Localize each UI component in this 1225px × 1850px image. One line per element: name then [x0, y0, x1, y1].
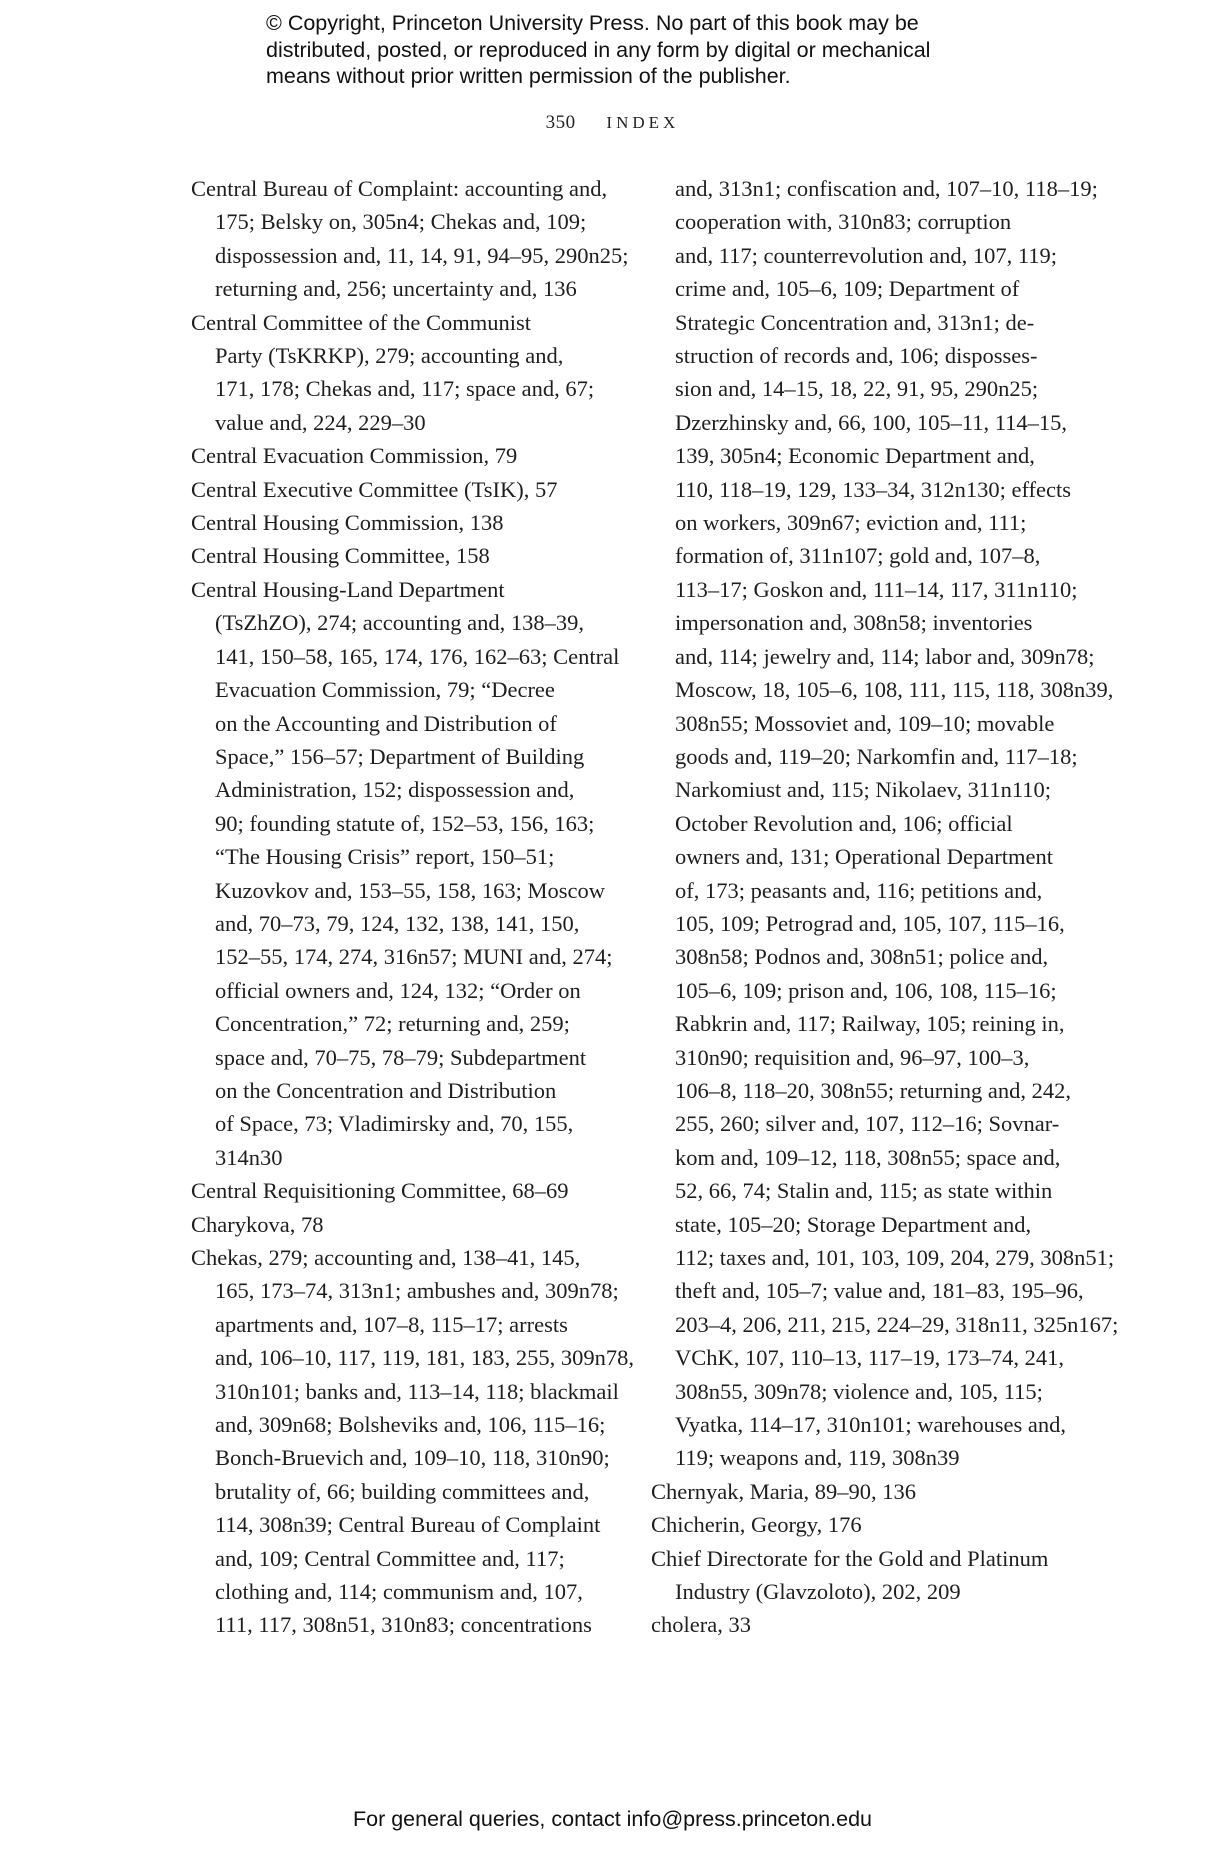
index-entry-subline: 165, 173–74, 313n1; ambushes and, 309n78…: [191, 1274, 611, 1307]
index-entry: Central Requisitioning Committee, 68–69: [191, 1174, 611, 1207]
index-entry: Central Committee of the CommunistParty …: [191, 306, 611, 440]
index-entry-subline: 308n58; Podnos and, 308n51; police and,: [651, 940, 1071, 973]
index-entry: Chief Directorate for the Gold and Plati…: [651, 1542, 1071, 1609]
index-entry-heading-line: Central Housing-Land Department: [191, 573, 611, 606]
index-entry-subline: clothing and, 114; communism and, 107,: [191, 1575, 611, 1608]
index-entry: Central Housing Committee, 158: [191, 539, 611, 572]
index-entry-subline: and, 106–10, 117, 119, 181, 183, 255, 30…: [191, 1341, 611, 1374]
index-entry-subline: Narkomiust and, 115; Nikolaev, 311n110;: [651, 773, 1071, 806]
index-entry-subline: 105, 109; Petrograd and, 105, 107, 115–1…: [651, 907, 1071, 940]
index-entry-subline: brutality of, 66; building committees an…: [191, 1475, 611, 1508]
index-entry-subline: crime and, 105–6, 109; Department of: [651, 272, 1071, 305]
index-entry-subline: “The Housing Crisis” report, 150–51;: [191, 840, 611, 873]
page-number: 350: [546, 112, 576, 134]
index-entry: cholera, 33: [651, 1608, 1071, 1641]
index-entry-subline: Kuzovkov and, 153–55, 158, 163; Moscow: [191, 874, 611, 907]
index-entry-subline: 52, 66, 74; Stalin and, 115; as state wi…: [651, 1174, 1071, 1207]
index-entry-subline: Moscow, 18, 105–6, 108, 111, 115, 118, 3…: [651, 673, 1071, 706]
index-entry-subline: 203–4, 206, 211, 215, 224–29, 318n11, 32…: [651, 1308, 1071, 1341]
index-entry-subline: Bonch-Bruevich and, 109–10, 118, 310n90;: [191, 1441, 611, 1474]
index-entry: Chicherin, Georgy, 176: [651, 1508, 1071, 1541]
index-entry-subline: 105–6, 109; prison and, 106, 108, 115–16…: [651, 974, 1071, 1007]
index-entry-subline: Party (TsKRKP), 279; accounting and,: [191, 339, 611, 372]
index-entry-heading-line: Chicherin, Georgy, 176: [651, 1508, 1071, 1541]
index-entry-heading-line: Charykova, 78: [191, 1208, 611, 1241]
index-entry-subline: apartments and, 107–8, 115–17; arrests: [191, 1308, 611, 1341]
index-entry-subline: on the Accounting and Distribution of: [191, 707, 611, 740]
index-entry-heading-line: Chief Directorate for the Gold and Plati…: [651, 1542, 1071, 1575]
index-entry-subline: and, 70–73, 79, 124, 132, 138, 141, 150,: [191, 907, 611, 940]
index-entry-subline: on workers, 309n67; eviction and, 111;: [651, 506, 1071, 539]
index-entry-subline: Strategic Concentration and, 313n1; de-: [651, 306, 1071, 339]
index-entry-subline: theft and, 105–7; value and, 181–83, 195…: [651, 1274, 1071, 1307]
index-entry: Chernyak, Maria, 89–90, 136: [651, 1475, 1071, 1508]
index-entry-subline: Dzerzhinsky and, 66, 100, 105–11, 114–15…: [651, 406, 1071, 439]
index-entry-subline: 114, 308n39; Central Bureau of Complaint: [191, 1508, 611, 1541]
index-entry-subline: and, 313n1; confiscation and, 107–10, 11…: [651, 172, 1071, 205]
index-entry-subline: 255, 260; silver and, 107, 112–16; Sovna…: [651, 1107, 1071, 1140]
index-entry-subline: official owners and, 124, 132; “Order on: [191, 974, 611, 1007]
index-entry-subline: 113–17; Goskon and, 111–14, 117, 311n110…: [651, 573, 1071, 606]
index-entry: Central Bureau of Complaint: accounting …: [191, 172, 611, 306]
index-entry-subline: 171, 178; Chekas and, 117; space and, 67…: [191, 372, 611, 405]
index-entry-heading-line: Chernyak, Maria, 89–90, 136: [651, 1475, 1071, 1508]
index-entry-subline: value and, 224, 229–30: [191, 406, 611, 439]
index-entry-subline: 314n30: [191, 1141, 611, 1174]
index-entry-subline: Space,” 156–57; Department of Building: [191, 740, 611, 773]
index-entry-heading-line: Central Requisitioning Committee, 68–69: [191, 1174, 611, 1207]
index-entry-heading-line: Central Bureau of Complaint: accounting …: [191, 172, 611, 205]
index-column-right: and, 313n1; confiscation and, 107–10, 11…: [651, 172, 1071, 1642]
index-entry: Central Housing Commission, 138: [191, 506, 611, 539]
index-entry-heading-line: Central Executive Committee (TsIK), 57: [191, 473, 611, 506]
index-column-left: Central Bureau of Complaint: accounting …: [191, 172, 611, 1642]
index-entry-subline: 112; taxes and, 101, 103, 109, 204, 279,…: [651, 1241, 1071, 1274]
copyright-line: © Copyright, Princeton University Press.…: [266, 10, 1026, 37]
index-entry-subline: state, 105–20; Storage Department and,: [651, 1208, 1071, 1241]
index-entry-subline: 139, 305n4; Economic Department and,: [651, 439, 1071, 472]
index-entry-subline: 111, 117, 308n51, 310n83; concentrations: [191, 1608, 611, 1641]
index-entry-subline: goods and, 119–20; Narkomfin and, 117–18…: [651, 740, 1071, 773]
index-entry-subline: kom and, 109–12, 118, 308n55; space and,: [651, 1141, 1071, 1174]
index-entry-subline: 175; Belsky on, 305n4; Chekas and, 109;: [191, 205, 611, 238]
index-entry-subline: cooperation with, 310n83; corruption: [651, 205, 1071, 238]
index-entry-heading-line: Central Committee of the Communist: [191, 306, 611, 339]
index-entry-heading-line: Central Evacuation Commission, 79: [191, 439, 611, 472]
index-entry-subline: of, 173; peasants and, 116; petitions an…: [651, 874, 1071, 907]
index-entry-subline: sion and, 14–15, 18, 22, 91, 95, 290n25;: [651, 372, 1071, 405]
index-entry-heading-line: Central Housing Committee, 158: [191, 539, 611, 572]
index-entry-subline: Administration, 152; dispossession and,: [191, 773, 611, 806]
index-entry: Central Executive Committee (TsIK), 57: [191, 473, 611, 506]
index-entry-subline: and, 114; jewelry and, 114; labor and, 3…: [651, 640, 1071, 673]
index-entry-subline: dispossession and, 11, 14, 91, 94–95, 29…: [191, 239, 611, 272]
index-entry-subline: 310n101; banks and, 113–14, 118; blackma…: [191, 1375, 611, 1408]
index-entry-subline: and, 109; Central Committee and, 117;: [191, 1542, 611, 1575]
index-entry-heading-line: Chekas, 279; accounting and, 138–41, 145…: [191, 1241, 611, 1274]
index-entry: Central Housing-Land Department(TsZhZO),…: [191, 573, 611, 1174]
index-entry-subline: (TsZhZO), 274; accounting and, 138–39,: [191, 606, 611, 639]
footer-contact: For general queries, contact info@press.…: [0, 1807, 1225, 1832]
index-entry-subline: and, 117; counterrevolution and, 107, 11…: [651, 239, 1071, 272]
index-entry-subline: 308n55, 309n78; violence and, 105, 115;: [651, 1375, 1071, 1408]
copyright-line: distributed, posted, or reproduced in an…: [266, 37, 1026, 64]
index-entry-heading-line: Central Housing Commission, 138: [191, 506, 611, 539]
index-entry-subline: 310n90; requisition and, 96–97, 100–3,: [651, 1041, 1071, 1074]
index-entry-heading-line: cholera, 33: [651, 1608, 1071, 1641]
index-entry: Central Evacuation Commission, 79: [191, 439, 611, 472]
index-entry-subline: of Space, 73; Vladimirsky and, 70, 155,: [191, 1107, 611, 1140]
index-entry-subline: Industry (Glavzoloto), 202, 209: [651, 1575, 1071, 1608]
index-entry-subline: and, 309n68; Bolsheviks and, 106, 115–16…: [191, 1408, 611, 1441]
index-entry-subline: impersonation and, 308n58; inventories: [651, 606, 1071, 639]
section-title: INDEX: [606, 113, 679, 133]
copyright-line: means without prior written permission o…: [266, 63, 1026, 90]
index-entry-subline: 141, 150–58, 165, 174, 176, 162–63; Cent…: [191, 640, 611, 673]
index-entry-subline: Concentration,” 72; returning and, 259;: [191, 1007, 611, 1040]
index-entry-subline: Rabkrin and, 117; Railway, 105; reining …: [651, 1007, 1071, 1040]
index-entry-subline: 119; weapons and, 119, 308n39: [651, 1441, 1071, 1474]
index-entry-subline: October Revolution and, 106; official: [651, 807, 1071, 840]
index-entry-subline: 152–55, 174, 274, 316n57; MUNI and, 274;: [191, 940, 611, 973]
index-entry: Chekas, 279; accounting and, 138–41, 145…: [191, 1241, 611, 1642]
index-entry-subline: 90; founding statute of, 152–53, 156, 16…: [191, 807, 611, 840]
index-entry-subline: 106–8, 118–20, 308n55; returning and, 24…: [651, 1074, 1071, 1107]
index-entry-subline: Evacuation Commission, 79; “Decree: [191, 673, 611, 706]
index-entry-subline: Vyatka, 114–17, 310n101; warehouses and,: [651, 1408, 1071, 1441]
index-entry-subline: space and, 70–75, 78–79; Subdepartment: [191, 1041, 611, 1074]
index-entry-subline: VChK, 107, 110–13, 117–19, 173–74, 241,: [651, 1341, 1071, 1374]
index-entry-subline: returning and, 256; uncertainty and, 136: [191, 272, 611, 305]
index-entry: and, 313n1; confiscation and, 107–10, 11…: [651, 172, 1071, 1475]
index-entry-subline: owners and, 131; Operational Department: [651, 840, 1071, 873]
index-entry-subline: 110, 118–19, 129, 133–34, 312n130; effec…: [651, 473, 1071, 506]
index-entry: Charykova, 78: [191, 1208, 611, 1241]
copyright-notice: © Copyright, Princeton University Press.…: [266, 10, 1026, 90]
running-head: 350 INDEX: [0, 112, 1225, 134]
index-entry-subline: 308n55; Mossoviet and, 109–10; movable: [651, 707, 1071, 740]
index-entry-subline: on the Concentration and Distribution: [191, 1074, 611, 1107]
index-entry-subline: formation of, 311n107; gold and, 107–8,: [651, 539, 1071, 572]
index-entry-subline: struction of records and, 106; disposses…: [651, 339, 1071, 372]
